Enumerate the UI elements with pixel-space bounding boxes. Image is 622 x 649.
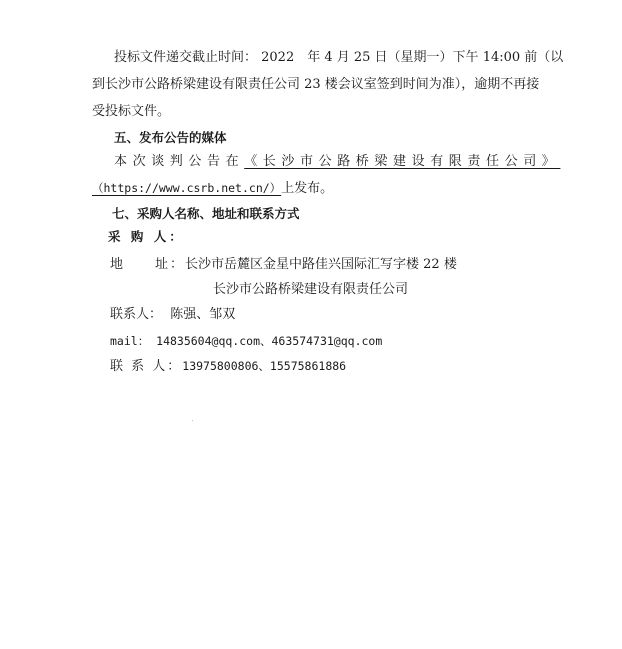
mail-row: mail： 14835604@qq.com、463574731@qq.com: [110, 333, 382, 349]
section-7-heading: 七、采购人名称、地址和联系方式: [112, 206, 300, 222]
media-name-link[interactable]: 《长沙市公路桥梁建设有限责任公司》: [244, 154, 560, 169]
contact-label: 联系人：: [110, 307, 162, 322]
company-name: 长沙市公路桥梁建设有限责任公司: [213, 282, 408, 298]
contact-row: 联系人： 陈强、邹双: [110, 307, 235, 323]
section-5-heading: 五、发布公告的媒体: [114, 130, 227, 146]
deadline-line-2: 到长沙市公路桥梁建设有限责任公司 23 楼会议室签到时间为准），逾期不再接: [92, 77, 539, 93]
address-row: 地 址：长沙市岳麓区金星中路佳兴国际汇写字楼 22 楼: [110, 257, 457, 273]
media-url-line: （https://www.csrb.net.cn/）上发布。: [92, 180, 333, 197]
phone-row: 联 系 人：13975800806、15575861886: [110, 358, 346, 375]
deadline-line-3: 受投标文件。: [92, 104, 170, 120]
mail-label: mail：: [110, 334, 149, 348]
contact-value: 陈强、邹双: [170, 307, 235, 322]
deadline-line-1: 投标文件递交截止时间： 2022 年 4 月 25 日（星期一）下午 14:00…: [114, 50, 563, 66]
media-text-prefix: 本次谈判公告在: [114, 154, 244, 169]
phone-label: 联 系 人：: [110, 359, 182, 374]
media-url-link[interactable]: （https://www.csrb.net.cn/）: [92, 181, 281, 195]
scan-artifact-dot: [192, 420, 193, 421]
mail-value: 14835604@qq.com、463574731@qq.com: [156, 334, 382, 348]
address-value: 长沙市岳麓区金星中路佳兴国际汇写字楼 22 楼: [185, 257, 457, 272]
address-label: 地 址：: [110, 257, 185, 272]
media-statement: 本次谈判公告在《长沙市公路桥梁建设有限责任公司》: [114, 154, 560, 170]
media-text-suffix: 上发布。: [281, 181, 333, 196]
phone-value: 13975800806、15575861886: [182, 359, 346, 373]
purchaser-label: 采 购 人：: [108, 229, 185, 245]
